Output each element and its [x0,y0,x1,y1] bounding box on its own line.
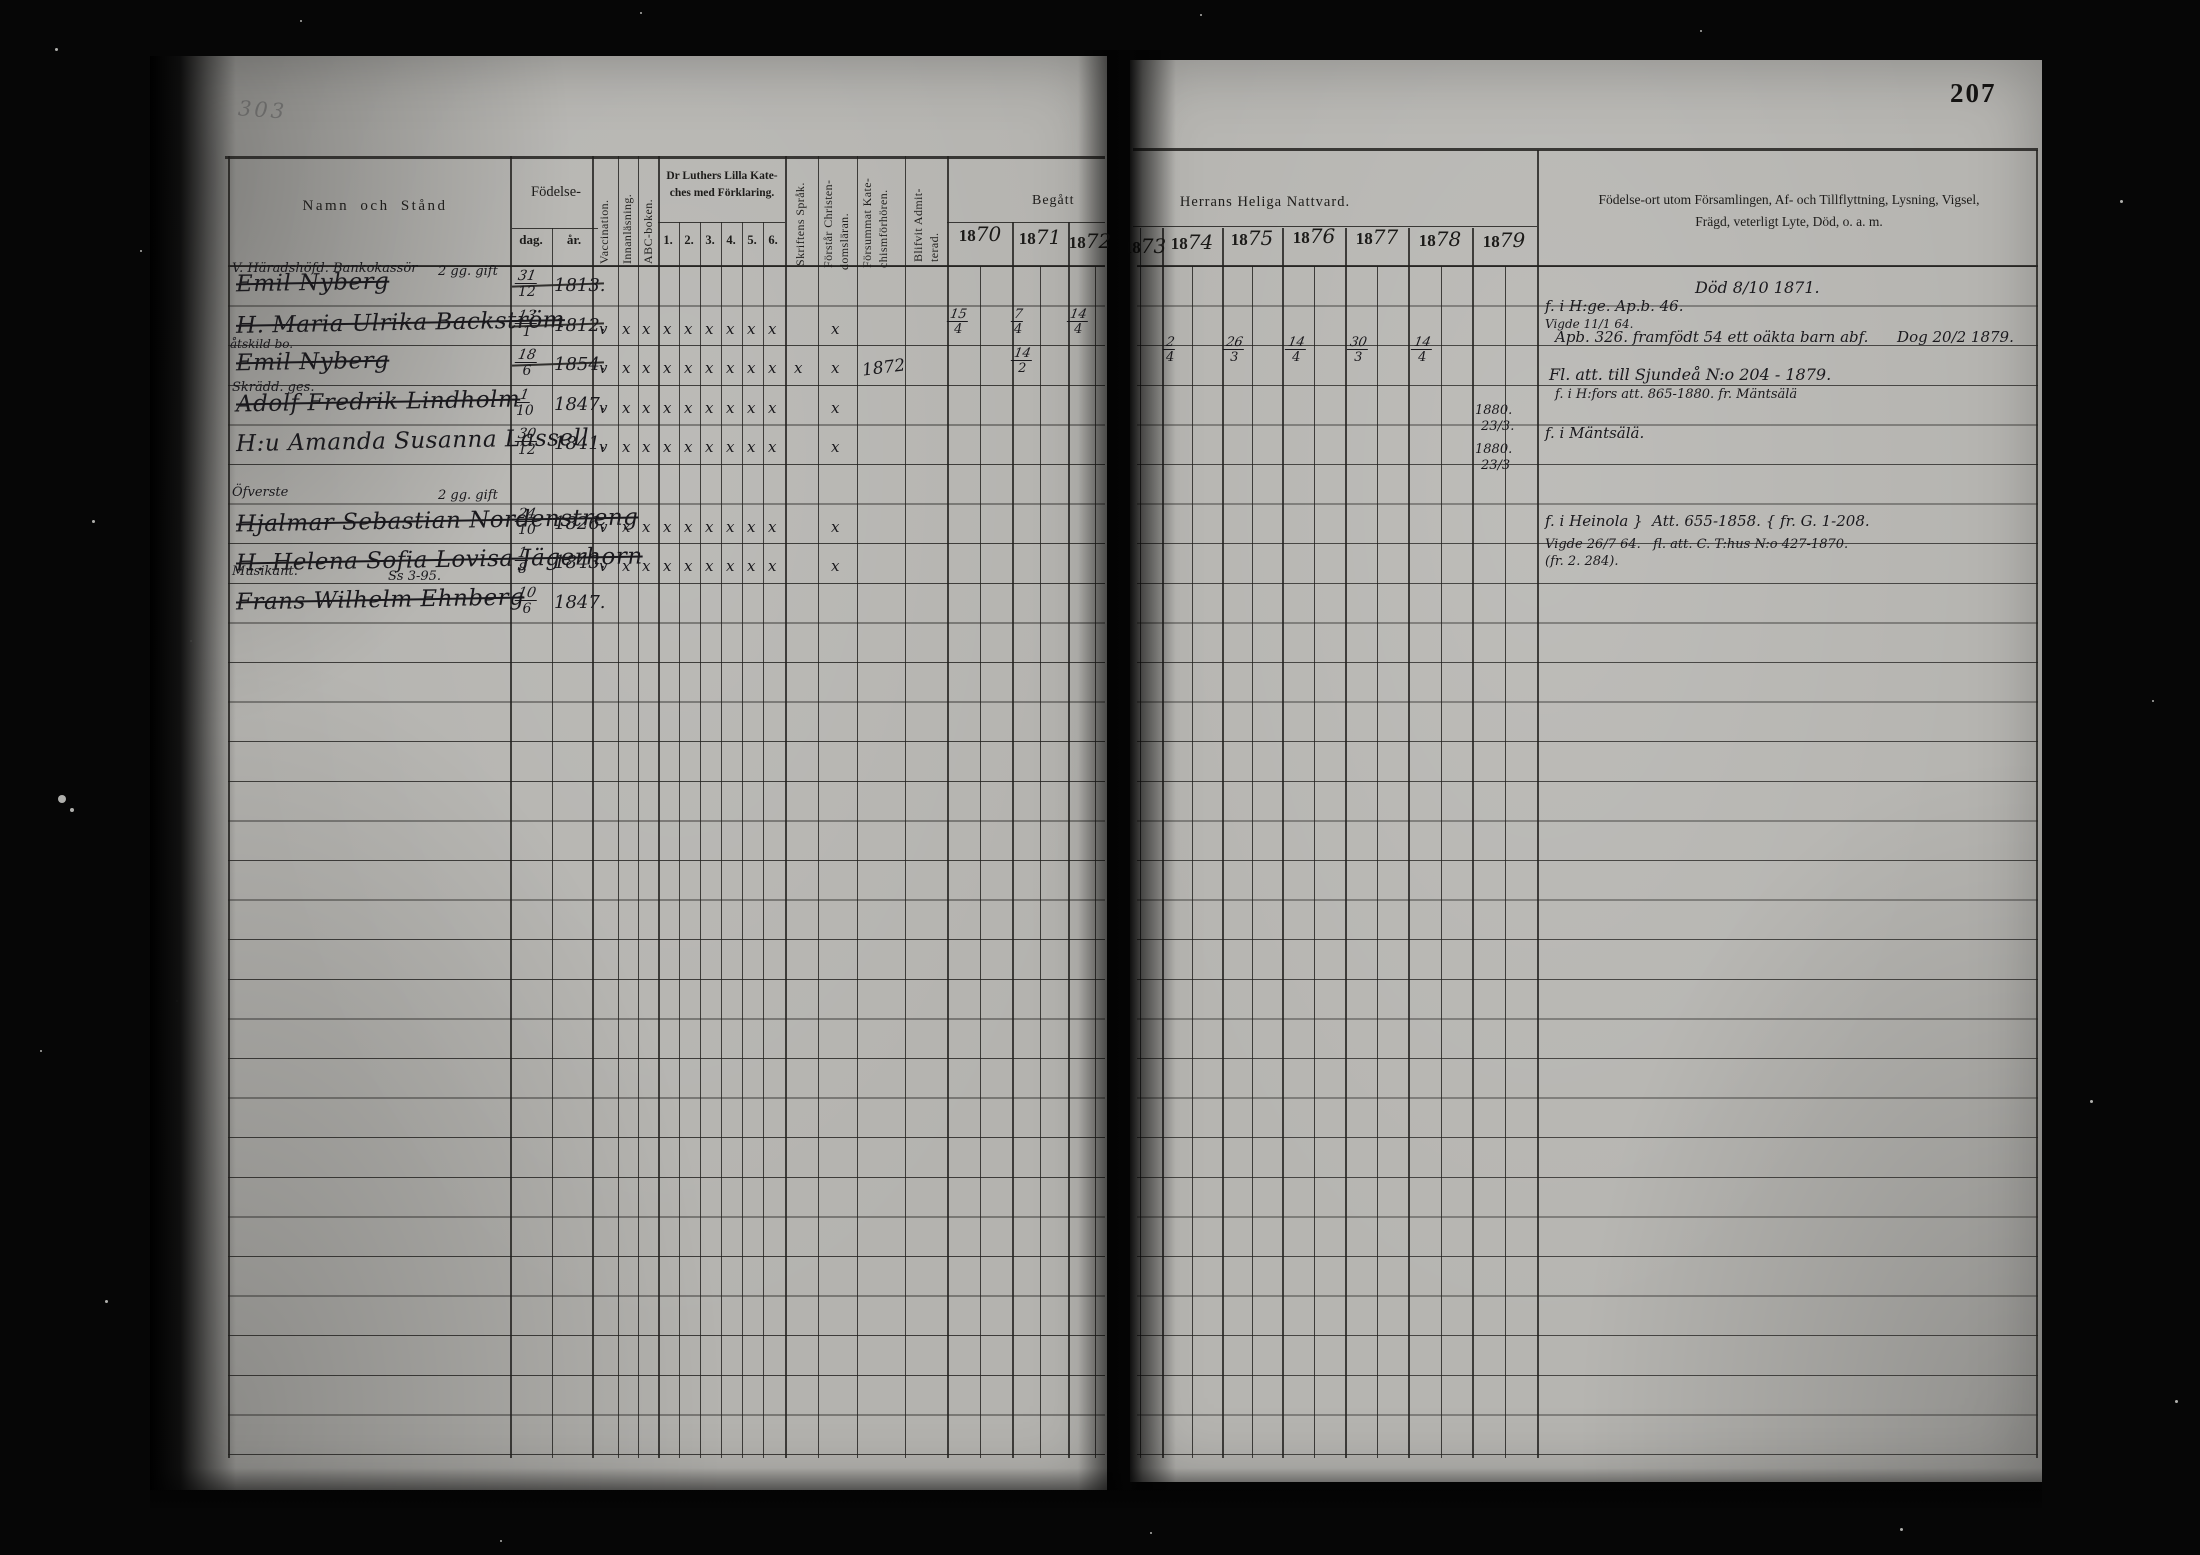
dust-speck [40,1050,42,1052]
mark-abc: x [642,399,650,417]
mark-catechism: x [705,557,713,575]
mark-catechism: x [726,518,734,536]
mark-innanlasning: x [622,359,630,377]
fraction-part: 10 [515,586,539,601]
communion-date: 74 [1012,308,1024,336]
mark-catechism: x [684,518,692,536]
grid-line-vertical [1012,222,1014,1458]
header-nattvard: Herrans Heliga Nattvard. [1150,194,1380,211]
birth-year: 1847. [554,394,606,415]
fraction-part: 12 [518,442,536,457]
mark-catechism: x [747,359,755,377]
header-notes-1: Födelse-ort utom Församlingen, Af- och T… [1548,192,2030,208]
communion-date: 142 [1012,347,1033,375]
entry-marriage-note: 2 gg. gift [438,264,498,279]
fraction-part: 14 [1067,308,1090,322]
fraction-part: 4 [1074,322,1082,336]
year-label-script: 77 [1373,225,1398,249]
header-forstar-2: domsläran. [837,170,852,270]
book-scan: Namn och Stånd Födelse- dag. år. Vaccina… [0,0,2200,1555]
mark-catechism: x [768,320,776,338]
mark-catechism: x [768,438,776,456]
fraction-part: 12 [518,284,536,299]
year-label: 1877 [1347,225,1407,249]
entry-name: Emil Nyberg [236,348,390,377]
mark-skriftens: x [794,359,802,377]
mark-forstar: x [831,399,839,417]
mark-catechism: x [684,557,692,575]
mark-forstar: x [831,359,839,377]
year-label-script: 74 [1188,230,1213,254]
header-forsummat-2: chismförhören. [876,168,891,268]
header-catechism-1: Dr Luthers Lilla Kate- [660,170,784,182]
dust-speck [190,640,192,642]
entry-name: Adolf Fredrik Lindholm [236,386,521,417]
dust-speck [70,808,74,812]
year-label: 1878 [1410,227,1470,251]
fraction-part: 24 [515,507,539,522]
grid-line-vertical [679,222,680,1458]
grid-line-vertical [721,222,722,1458]
grid-line-vertical [1537,150,1539,1458]
grid-line-horizontal [1137,265,2038,267]
mark-vaccination: v [599,518,607,536]
header-birth-day: dag. [512,232,550,248]
grid-line-vertical [1345,228,1347,1458]
dust-speck [140,250,142,252]
grid-line-vertical [1252,266,1253,1458]
fraction-part: 15 [947,308,970,322]
fraction-part: 3 [1230,350,1238,364]
mark-innanlasning: x [622,320,630,338]
mark-catechism: x [768,399,776,417]
mark-catechism: x [663,557,671,575]
dust-speck [2175,1400,2178,1403]
grid-line-vertical [658,156,660,1458]
grid-line-vertical [947,156,949,1458]
birth-day-fraction: 131 [516,309,538,339]
grid-line-vertical [552,228,553,1458]
header-birth: Födelse- [506,184,606,201]
grid-line-vertical [1095,266,1096,1458]
fraction-part: 1 [522,324,531,339]
entry-profession: Musikant. [232,564,298,579]
communion-date: 263 [1224,336,1245,364]
margin-note: f. i H:fors att. 865-1880. fr. Mäntsälä [1555,387,1797,402]
grid-line-vertical [980,266,981,1458]
mark-abc: x [642,438,650,456]
year-label: 1879 [1474,228,1534,252]
margin-note: f. i Mäntsälä. [1545,424,1644,442]
communion-date: 154 [948,308,969,336]
mark-vaccination: v [599,438,607,456]
birth-year: 1841. [554,433,606,454]
margin-note: Apb. 326. framfödt 54 ett oäkta barn abf… [1555,328,2014,346]
fraction-part: 10 [518,522,536,537]
header-admitterad-2: terad. [927,178,942,262]
year-label: 1872 [1060,229,1120,253]
margin-note: f. i H:ge. Ap.b. 46. [1545,297,1683,315]
grid-line-vertical [1441,266,1442,1458]
grid-line-vertical [818,156,819,1458]
header-begatt: Begått [1032,193,1075,209]
dust-speck [176,1000,178,1002]
mark-catechism: x [747,320,755,338]
mark-catechism: x [726,438,734,456]
fraction-part: 26 [1223,336,1246,350]
mark-forstar: x [831,320,839,338]
birth-year: 1813. [554,275,606,296]
birth-day-fraction: 186 [516,348,538,378]
mark-catechism: x [705,438,713,456]
header-notes-2: Frägd, veterligt Lyte, Död, o. a. m. [1548,214,2030,230]
grid-line-vertical [1140,228,1141,1458]
header-skriftens-sprak: Skriftens Språk. [793,166,808,266]
page-number: 207 [1950,78,1997,109]
pencil-number: 303 [237,96,288,123]
year-label: 1874 [1162,230,1222,254]
fraction-part: 6 [522,601,531,616]
dust-speck [2152,700,2154,702]
fraction-part: 10 [516,403,534,418]
mark-innanlasning: x [622,438,630,456]
header-catechism-num: 1. [658,233,678,248]
mark-innanlasning: x [622,557,630,575]
dust-speck [1700,30,1702,32]
grid-line-vertical [1377,266,1378,1458]
header-catechism-num: 3. [700,233,720,248]
communion-date: 144 [1068,308,1089,336]
communion-date: 24 [1164,336,1176,364]
margin-note: Fl. att. till Sjundeå N:o 204 - 1879. [1549,365,1831,384]
grid-line-vertical [1162,228,1164,1458]
header-forstar-1: Förstår Christen- [821,164,836,268]
mark-forstar: x [831,557,839,575]
birth-year: 1826. [554,513,606,534]
mark-catechism: x [726,399,734,417]
margin-note: Vigde 26/7 64. fl. att. C. T:hus N:o 427… [1545,537,1848,552]
fraction-part: 30 [515,427,539,442]
fraction-part: 4 [1014,322,1022,336]
dust-speck [58,795,66,803]
fraction-part: 4 [1292,350,1300,364]
mark-catechism: x [684,359,692,377]
grid-line-vertical [1282,228,1284,1458]
dust-speck [1900,1528,1903,1531]
communion-date: 23/3 [1481,458,1510,473]
mark-catechism: x [747,399,755,417]
grid-line-vertical [1040,266,1041,1458]
mark-catechism: x [726,320,734,338]
dust-speck [2120,200,2123,203]
mark-catechism: x [663,359,671,377]
year-label: 1876 [1284,224,1344,248]
dust-speck [105,1300,108,1303]
grid-line-horizontal [512,228,598,229]
grid-line-vertical [742,222,743,1458]
fraction-part: 7 [1011,308,1026,322]
mark-catechism: x [705,518,713,536]
communion-date: 144 [1412,336,1433,364]
margin-note: Död 8/10 1871. [1695,278,1820,297]
header-catechism-2: ches med Förklaring. [660,187,784,199]
mark-catechism: x [705,320,713,338]
mark-catechism: x [663,320,671,338]
birth-day-fraction: 18 [516,546,529,576]
dust-speck [55,48,58,51]
fraction-part: 3 [1354,350,1362,364]
mark-innanlasning: x [622,518,630,536]
dust-speck [300,20,302,22]
grid-line-vertical [905,156,906,1458]
entry-marriage-note: Ss 3-95. [388,569,441,584]
grid-line-horizontal [1133,148,2038,151]
year-label-script: 75 [1248,226,1273,250]
year-label-script: 72 [1086,229,1111,253]
birth-day-fraction: 106 [516,586,538,616]
mark-catechism: x [747,557,755,575]
fraction-part: 8 [518,561,527,576]
header-forsummat-1: Försummat Kate- [860,164,875,268]
grid-line-vertical [2036,150,2038,1458]
communion-date: 23/3. [1481,419,1514,434]
mark-abc: x [642,557,650,575]
fraction-part: 30 [1347,336,1370,350]
mark-innanlasning: x [622,399,630,417]
year-label-script: 71 [1036,225,1061,249]
mark-vaccination: v [599,320,607,338]
grid-line-vertical [228,156,230,1458]
grid-line-vertical [638,156,639,1458]
fraction-part: 14 [1411,336,1434,350]
mark-catechism: x [684,438,692,456]
grid-line-vertical [1192,266,1193,1458]
margin-note: (fr. 2. 284). [1545,554,1619,569]
grid-line-vertical [785,156,787,1458]
year-label-script: 70 [976,222,1001,246]
fraction-part: 14 [1011,347,1034,361]
mark-catechism: x [684,320,692,338]
communion-date: 1880. [1475,442,1512,457]
entry-name: Emil Nyberg [236,269,390,298]
header-catechism-num: 5. [742,233,762,248]
fraction-part: 4 [954,322,962,336]
grid-line-vertical [763,222,764,1458]
grid-line-vertical [1314,266,1315,1458]
dust-speck [92,520,95,523]
header-catechism-num: 2. [679,233,699,248]
grid-line-vertical [1472,228,1474,1458]
header-name-col: Namn och Stånd [290,198,460,215]
fraction-part: 1 [515,546,531,561]
header-birth-year: år. [554,232,594,248]
dust-speck [1150,1532,1152,1534]
grid-line-horizontal [658,222,785,223]
mark-vaccination: v [599,557,607,575]
year-label-script: 79 [1500,228,1525,252]
mark-catechism: x [726,359,734,377]
dust-speck [2090,1100,2093,1103]
grid-line-vertical [700,222,701,1458]
year-label-script: 78 [1436,227,1461,251]
entry-sub-note: åtskild bo. [230,337,293,351]
mark-catechism: x [705,359,713,377]
header-innanlasning: Innanläsning. [620,164,635,264]
birth-year: 1847. [554,592,606,613]
mark-catechism: x [768,359,776,377]
birth-day-fraction: 3012 [516,427,538,457]
grid-line-vertical [510,156,512,1458]
entry-name: Frans Wilhelm Ehnberg [236,584,525,615]
grid-line-vertical [618,156,619,1458]
fraction-part: 4 [1418,350,1426,364]
fraction-part: 2 [1018,361,1026,375]
mark-catechism: x [705,399,713,417]
fraction-part: 1 [517,388,533,403]
dust-speck [500,1540,502,1542]
dust-speck [1200,14,1202,16]
mark-catechism: x [747,518,755,536]
dust-speck [640,12,642,14]
fraction-part: 2 [1163,336,1178,350]
grid-line-vertical [592,156,594,1458]
mark-catechism: x [768,518,776,536]
birth-year: 1843. [554,552,606,573]
communion-date: 303 [1348,336,1369,364]
header-abc-boken: ABC-boken. [641,164,656,264]
fraction-part: 6 [522,363,531,378]
fraction-part: 4 [1166,350,1174,364]
mark-abc: x [642,359,650,377]
grid-line-vertical [1068,222,1070,1458]
header-admitterad-1: Blifvit Admit- [911,170,926,262]
header-vaccination: Vaccination. [597,164,612,264]
entry-profession: Öfverste [232,485,288,500]
communion-date: 144 [1286,336,1307,364]
mark-catechism: x [663,518,671,536]
birth-day-fraction: 110 [516,388,534,418]
mark-abc: x [642,320,650,338]
grid-line-vertical [857,156,858,1458]
mark-catechism: x [768,557,776,575]
margin-note: f. i Heinola } Att. 655-1858. { fr. G. 1… [1545,512,1870,530]
grid-line-horizontal [225,156,1105,159]
mark-abc: x [642,518,650,536]
fraction-part: 31 [515,269,539,284]
mark-catechism: x [726,557,734,575]
birth-day-fraction: 3112 [516,269,538,299]
fraction-part: 13 [515,309,539,324]
mark-forstar: x [831,438,839,456]
mark-forstar: x [831,518,839,536]
year-label-script: 76 [1310,224,1335,248]
mark-catechism: x [663,399,671,417]
header-catechism-num: 4. [721,233,741,248]
communion-date: 1880. [1475,403,1512,418]
mark-vaccination: v [599,399,607,417]
year-label: 1875 [1222,226,1282,250]
year-label: 1870 [950,222,1010,246]
birth-year: 1854. [554,354,606,375]
birth-day-fraction: 2410 [516,507,538,537]
mark-vaccination: v [599,359,607,377]
header-catechism-num: 6. [763,233,783,248]
mark-catechism: x [684,399,692,417]
mark-catechism: x [747,438,755,456]
mark-catechism: x [663,438,671,456]
grid-line-vertical [1408,228,1410,1458]
right-page [1130,60,2042,1482]
entry-marriage-note: 2 gg. gift [438,488,498,503]
fraction-part: 18 [515,348,539,363]
fraction-part: 14 [1285,336,1308,350]
grid-line-vertical [1222,228,1224,1458]
birth-year: 1812. [554,315,606,336]
